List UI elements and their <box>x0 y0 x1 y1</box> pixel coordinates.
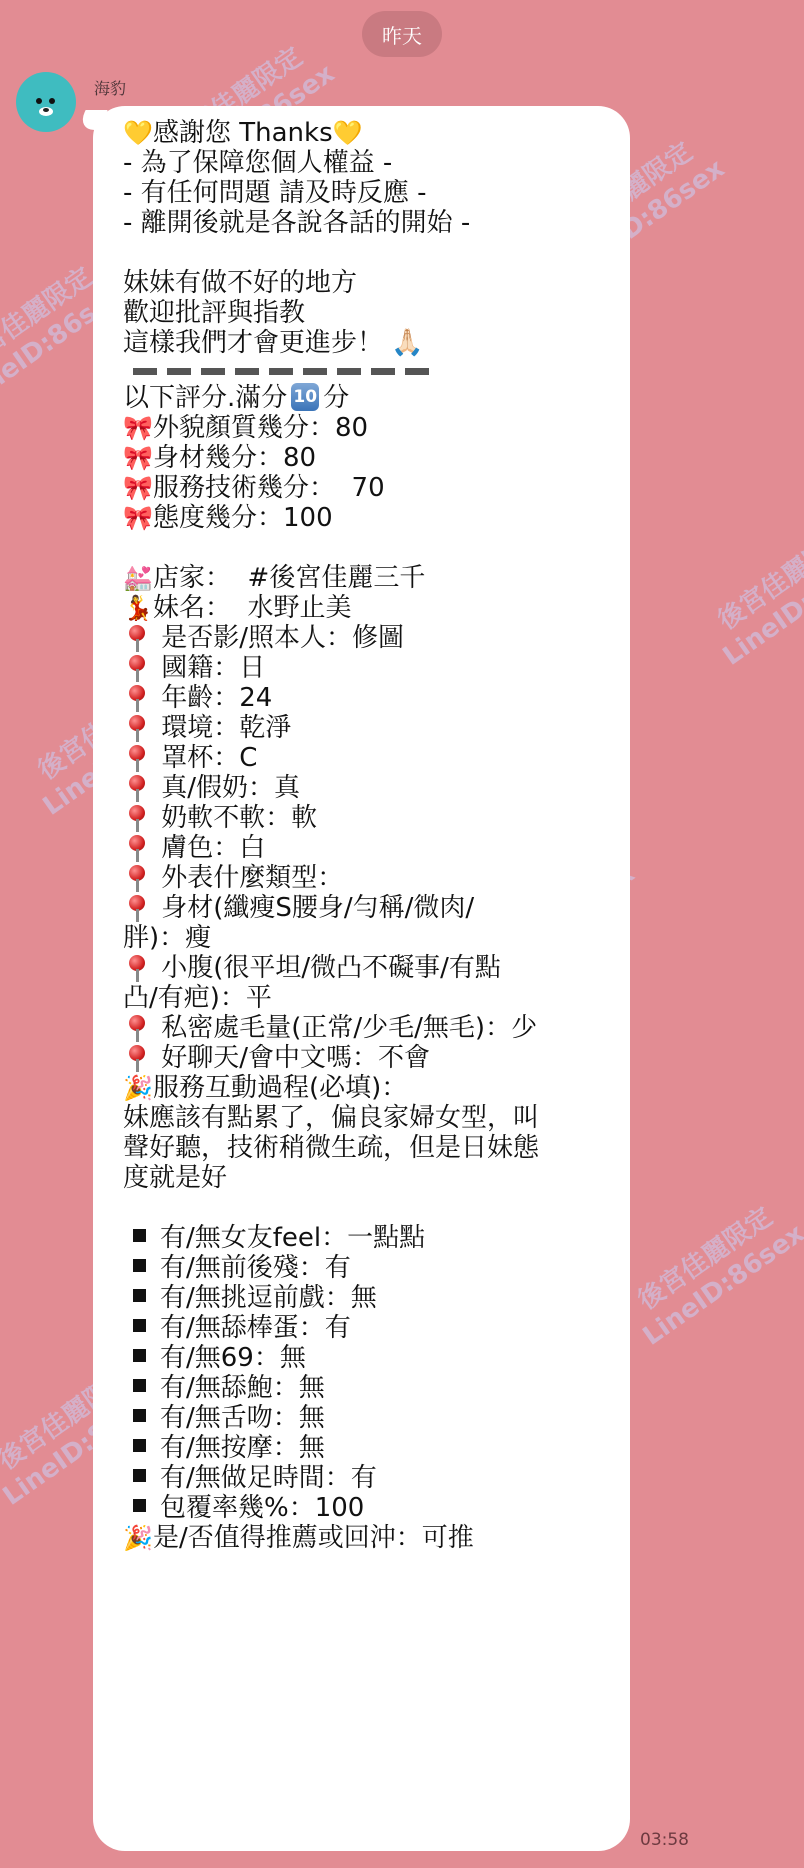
pushpin-icon <box>123 833 153 863</box>
keycap-10-icon: 10 <box>291 383 319 411</box>
checklist-item: 有/無按摩：無 <box>123 1433 612 1463</box>
message-title: 💛感謝您 Thanks💛 <box>123 118 612 148</box>
rating-title: 以下評分.滿分10分 <box>123 383 612 413</box>
info-item: 是否影/照本人：修圖 <box>123 623 612 653</box>
black-square-icon <box>133 1469 146 1482</box>
info-shop: 💒店家： #後宮佳麗三千 <box>123 563 612 593</box>
checklist-item: 有/無舔鮑：無 <box>123 1373 612 1403</box>
yellow-heart-icon: 💛 <box>123 118 153 148</box>
message-bubble[interactable]: 💛感謝您 Thanks💛 - 為了保障您個人權益 - - 有任何問題 請及時反應… <box>93 106 630 1851</box>
info-girl: 💃妹名： 水野止美 <box>123 593 612 623</box>
watermark: 後宮佳麗限定LineID:86sex <box>619 1191 804 1352</box>
checklist-item: 有/無女友feel：一點點 <box>123 1223 612 1253</box>
info-item: 環境：乾淨 <box>123 713 612 743</box>
info-item: 好聊天/會中文嗎：不會 <box>123 1043 612 1073</box>
dash-divider <box>123 358 612 383</box>
black-square-icon <box>133 1499 146 1512</box>
rating-item: 🎀態度幾分：100 <box>123 503 612 533</box>
info-item: 國籍：日 <box>123 653 612 683</box>
black-square-icon <box>133 1319 146 1332</box>
text-line: 凸/有疤)：平 <box>123 983 612 1013</box>
info-item: 膚色：白 <box>123 833 612 863</box>
wedding-chapel-icon: 💒 <box>123 563 153 593</box>
pushpin-icon <box>123 653 153 683</box>
black-square-icon <box>133 1379 146 1392</box>
checklist-item: 有/無做足時間：有 <box>123 1463 612 1493</box>
dancer-icon: 💃 <box>123 593 153 623</box>
info-item: 年齡：24 <box>123 683 612 713</box>
checklist-item: 包覆率幾%：100 <box>123 1493 612 1523</box>
black-square-icon <box>133 1439 146 1452</box>
watermark: 後宮佳麗限定LineID:86sex <box>699 511 804 672</box>
text-line: 聲好聽，技術稍微生疏，但是日妹態 <box>123 1133 612 1163</box>
pushpin-icon <box>123 773 153 803</box>
text-line: 歡迎批評與指教 <box>123 298 612 328</box>
checklist-item: 有/無前後殘：有 <box>123 1253 612 1283</box>
seal-eye-icon <box>36 98 42 104</box>
info-item: 小腹(很平坦/微凸不礙事/有點 <box>123 953 612 983</box>
pushpin-icon <box>123 1013 153 1043</box>
date-separator: 昨天 <box>362 11 442 57</box>
pushpin-icon <box>123 1043 153 1073</box>
checklist-item: 有/無舌吻：無 <box>123 1403 612 1433</box>
message-timestamp: 03:58 <box>640 1830 689 1850</box>
checklist-item: 有/無舔棒蛋：有 <box>123 1313 612 1343</box>
process-title: 🎉服務互動過程(必填)： <box>123 1073 612 1103</box>
pushpin-icon <box>123 743 153 773</box>
info-item: 私密處毛量(正常/少毛/無毛)：少 <box>123 1013 612 1043</box>
seal-nose-icon <box>39 107 53 116</box>
text-line: 妹應該有點累了，偏良家婦女型，叫 <box>123 1103 612 1133</box>
rating-item: 🎀外貌顏質幾分：80 <box>123 413 612 443</box>
info-item: 真/假奶：真 <box>123 773 612 803</box>
recommend-line: 🎉是/否值得推薦或回沖：可推 <box>123 1523 612 1553</box>
pushpin-icon <box>123 953 153 983</box>
black-square-icon <box>133 1259 146 1272</box>
rating-item: 🎀服務技術幾分： 70 <box>123 473 612 503</box>
text-line: 度就是好 <box>123 1163 612 1193</box>
black-square-icon <box>133 1349 146 1362</box>
rating-item: 🎀身材幾分：80 <box>123 443 612 473</box>
info-item: 奶軟不軟：軟 <box>123 803 612 833</box>
text-line: - 為了保障您個人權益 - <box>123 148 612 178</box>
pushpin-icon <box>123 803 153 833</box>
party-popper-icon: 🎉 <box>123 1523 153 1553</box>
yellow-heart-icon: 💛 <box>333 118 363 148</box>
checklist-item: 有/無挑逗前戲：無 <box>123 1283 612 1313</box>
pushpin-icon <box>123 863 153 893</box>
blank-line <box>123 1193 612 1223</box>
info-item: 罩杯：C <box>123 743 612 773</box>
blank-line <box>123 238 612 268</box>
black-square-icon <box>133 1409 146 1422</box>
black-square-icon <box>133 1289 146 1302</box>
text-line: 胖)：瘦 <box>123 923 612 953</box>
text-line: 妹妹有做不好的地方 <box>123 268 612 298</box>
blank-line <box>123 533 612 563</box>
text-line: 這樣我們才會更進步！ 🙏🏻 <box>123 328 612 358</box>
pushpin-icon <box>123 893 153 923</box>
info-item: 外表什麼類型： <box>123 863 612 893</box>
pushpin-icon <box>123 713 153 743</box>
party-popper-icon: 🎉 <box>123 1073 153 1103</box>
ribbon-icon: 🎀 <box>123 413 153 443</box>
pushpin-icon <box>123 683 153 713</box>
seal-eye-icon <box>49 98 55 104</box>
text-line: - 離開後就是各說各話的開始 - <box>123 208 612 238</box>
text-line: - 有任何問題 請及時反應 - <box>123 178 612 208</box>
ribbon-icon: 🎀 <box>123 503 153 533</box>
ribbon-icon: 🎀 <box>123 443 153 473</box>
black-square-icon <box>133 1229 146 1242</box>
checklist-item: 有/無69：無 <box>123 1343 612 1373</box>
info-item: 身材(纖瘦S腰身/勻稱/微肉/ <box>123 893 612 923</box>
sender-name: 海豹 <box>94 76 126 99</box>
pushpin-icon <box>123 623 153 653</box>
avatar[interactable] <box>16 72 76 132</box>
ribbon-icon: 🎀 <box>123 473 153 503</box>
